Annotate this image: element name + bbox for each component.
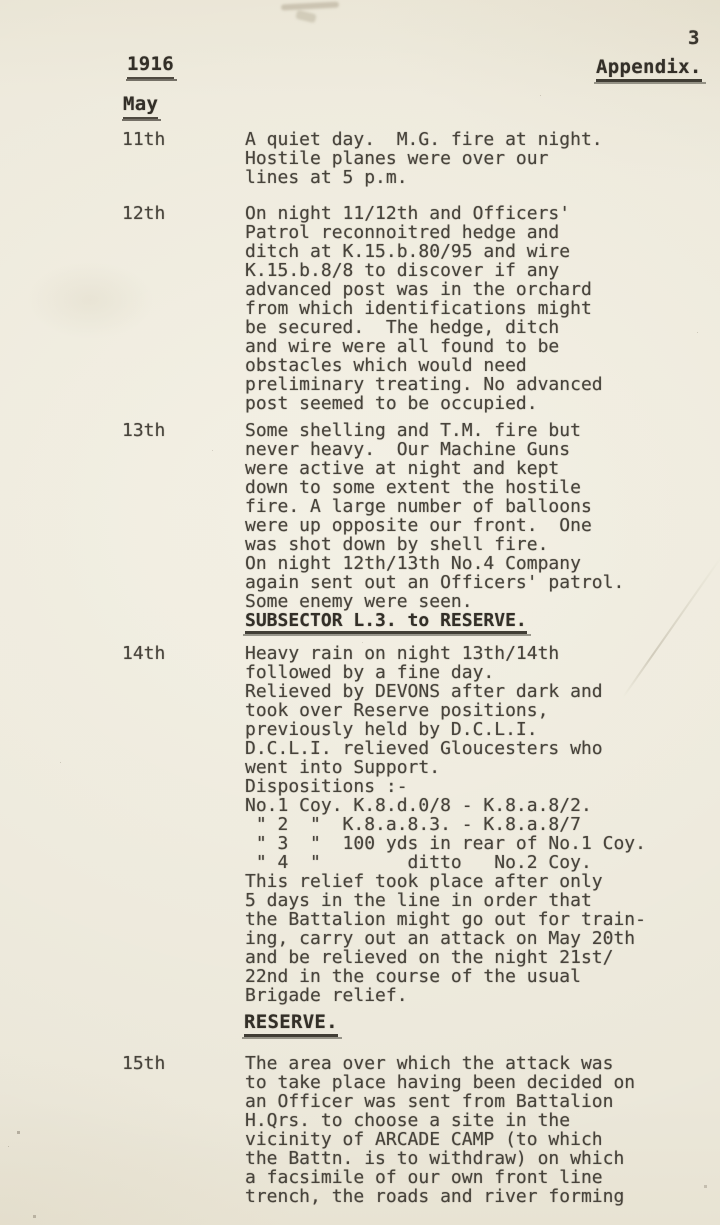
document-page: 3 1916 Appendix. May 11thA quiet day. M.… (0, 0, 720, 1225)
entry-body: A quiet day. M.G. fire at night.Hostile … (245, 130, 603, 187)
entry-line: Patrol reconnoitred hedge and (245, 223, 603, 242)
entry-line: This relief took place after only (245, 872, 646, 891)
entry-line: On night 12th/13th No.4 Company (245, 554, 624, 573)
entry-line: advanced post was in the orchard (245, 280, 603, 299)
entry-line: never heavy. Our Machine Guns (245, 440, 624, 459)
year-heading: 1916 (127, 53, 174, 79)
year-heading-text: 1916 (127, 53, 174, 79)
entry-line: SUBSECTOR L.3. to RESERVE. (245, 611, 624, 634)
entry-body: Some shelling and T.M. fire butnever hea… (245, 421, 624, 634)
entry-date: 13th (122, 421, 165, 440)
entry-line: No.1 Coy. K.8.d.0/8 - K.8.a.8/2. (245, 796, 646, 815)
entry-body: Heavy rain on night 13th/14thfollowed by… (245, 644, 646, 1005)
bleed-through-mark (281, 1, 339, 10)
entry-date: 12th (122, 204, 165, 223)
entry-line: On night 11/12th and Officers' (245, 204, 603, 223)
entry-line: previously held by D.C.L.I. (245, 720, 646, 739)
entry-line: Some shelling and T.M. fire but (245, 421, 624, 440)
entry-line: Dispositions :- (245, 777, 646, 796)
appendix-heading-text: Appendix. (596, 56, 702, 82)
entry-line: obstacles which would need (245, 356, 603, 375)
page-number: 3 (688, 27, 699, 49)
entry-line: was shot down by shell fire. (245, 535, 624, 554)
entry-date: 11th (122, 130, 165, 149)
entry-line: took over Reserve positions, (245, 701, 646, 720)
entry-line: " 4 " ditto No.2 Coy. (245, 853, 646, 872)
entry-line: be secured. The hedge, ditch (245, 318, 603, 337)
entry-line: ditch at K.15.b.80/95 and wire (245, 242, 603, 261)
entry-line: and be relieved on the night 21st/ (245, 948, 646, 967)
paper-specks (0, 0, 1, 1)
entry-line: Relieved by DEVONS after dark and (245, 682, 646, 701)
section-heading-reserve-text: RESERVE. (244, 1011, 338, 1037)
entry-line: and wire were all found to be (245, 337, 603, 356)
month-heading: May (123, 93, 158, 119)
entry-line: Brigade relief. (245, 986, 646, 1005)
entry-line: 22nd in the course of the usual (245, 967, 646, 986)
entry-body: The area over which the attack wasto tak… (245, 1054, 635, 1206)
entry-line: again sent out an Officers' patrol. (245, 573, 624, 592)
entry-line: H.Qrs. to choose a site in the (245, 1111, 635, 1130)
entry-line: trench, the roads and river forming (245, 1187, 635, 1206)
entry-line: Hostile planes were over our (245, 149, 603, 168)
entry-line: were up opposite our front. One (245, 516, 624, 535)
entry-line: Some enemy were seen. (245, 592, 624, 611)
entry-line: lines at 5 p.m. (245, 168, 603, 187)
entry-line: down to some extent the hostile (245, 478, 624, 497)
month-heading-text: May (123, 93, 158, 119)
entry-line: Heavy rain on night 13th/14th (245, 644, 646, 663)
entry-line: 5 days in the line in order that (245, 891, 646, 910)
entry-line: preliminary treating. No advanced (245, 375, 603, 394)
entry-line: D.C.L.I. relieved Gloucesters who (245, 739, 646, 758)
entry-line: a facsimile of our own front line (245, 1168, 635, 1187)
entry-body: On night 11/12th and Officers'Patrol rec… (245, 204, 603, 413)
appendix-heading: Appendix. (596, 56, 702, 82)
entry-line: The area over which the attack was (245, 1054, 635, 1073)
entry-line: K.15.b.8/8 to discover if any (245, 261, 603, 280)
entry-line: " 2 " K.8.a.8.3. - K.8.a.8/7 (245, 815, 646, 834)
entry-line: were active at night and kept (245, 459, 624, 478)
entry-line: the Battalion might go out for train- (245, 910, 646, 929)
entry-line: an Officer was sent from Battalion (245, 1092, 635, 1111)
bleed-through-mark (295, 10, 317, 24)
entry-date: 14th (122, 644, 165, 663)
entry-line: the Battn. is to withdraw) on which (245, 1149, 635, 1168)
entry-line: from which identifications might (245, 299, 603, 318)
entry-line: post seemed to be occupied. (245, 394, 603, 413)
underlined-subheading: SUBSECTOR L.3. to RESERVE. (245, 611, 527, 634)
entry-line: went into Support. (245, 758, 646, 777)
entry-line: fire. A large number of balloons (245, 497, 624, 516)
entry-line: ing, carry out an attack on May 20th (245, 929, 646, 948)
entry-line: to take place having been decided on (245, 1073, 635, 1092)
entry-line: followed by a fine day. (245, 663, 646, 682)
entry-date: 15th (122, 1054, 165, 1073)
entry-line: " 3 " 100 yds in rear of No.1 Coy. (245, 834, 646, 853)
section-heading-reserve: RESERVE. (244, 1011, 338, 1037)
entry-line: A quiet day. M.G. fire at night. (245, 130, 603, 149)
entry-line: vicinity of ARCADE CAMP (to which (245, 1130, 635, 1149)
